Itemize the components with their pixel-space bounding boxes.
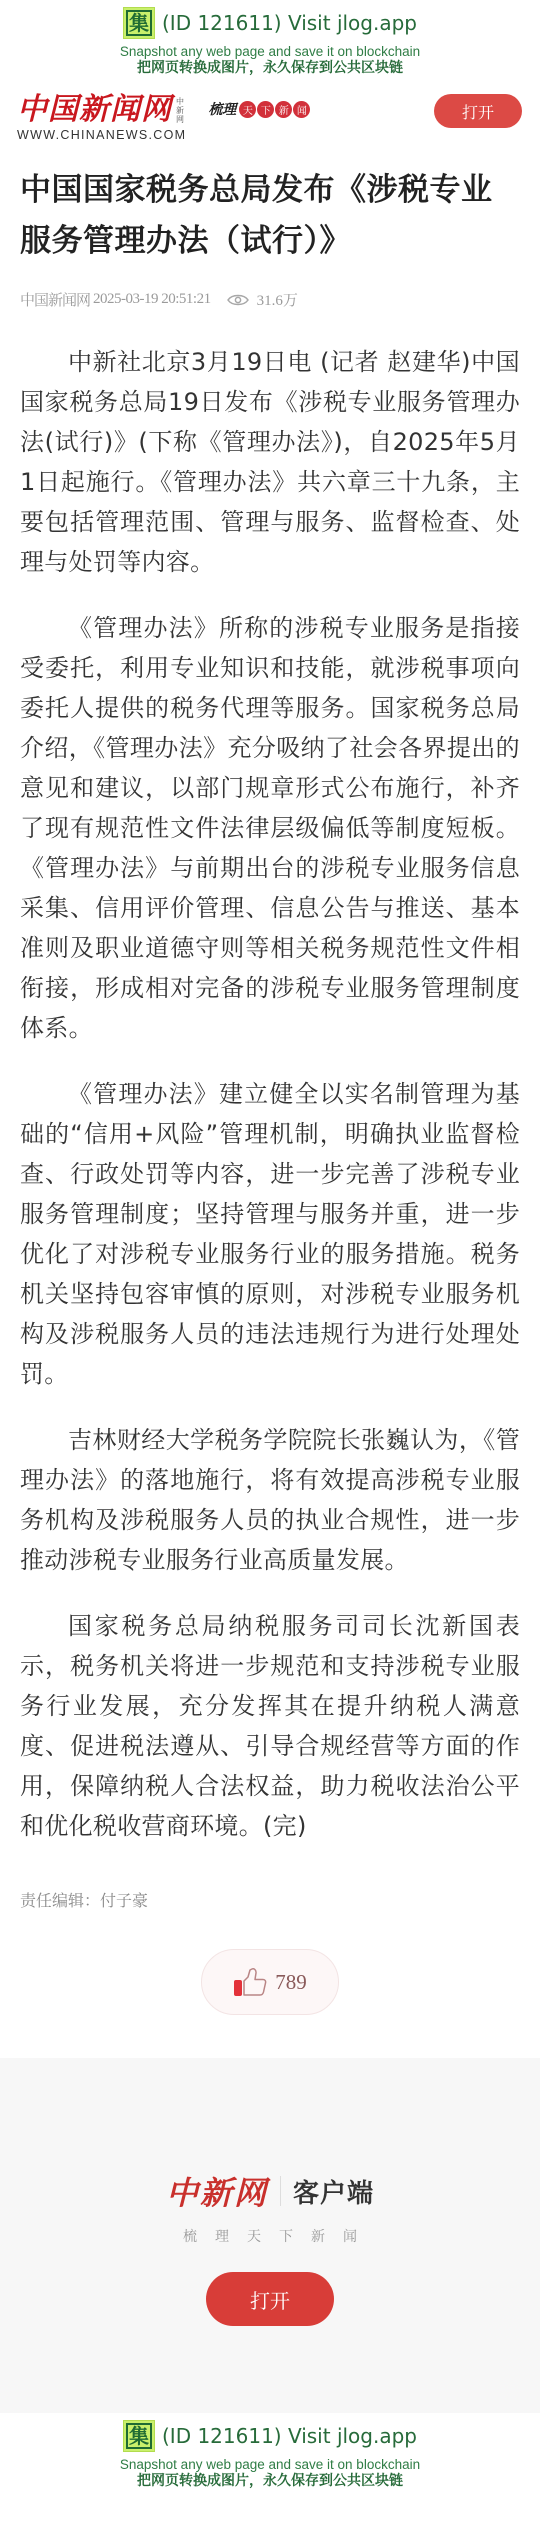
promo-slogan-char: 天 [247,2226,261,2246]
jlog-badge-char: 集 [126,10,152,36]
header-slogan: 梳理 天 下 新 闻 [208,99,310,119]
slogan-char: 天 [239,101,256,118]
article: 中国国家税务总局发布《涉税专业服务管理办法（试行）》 中国新闻网 2025-03… [0,165,540,2015]
jlog-banner-top: 集 (ID 121611) Visit jlog.app Snapshot an… [0,0,540,84]
logo-text: 中国新闻网 [17,93,172,127]
jlog-title-row: 集 (ID 121611) Visit jlog.app [0,6,540,40]
article-paragraph: 吉林财经大学税务学院院长张巍认为，《管理办法》的落地施行，将有效提高涉税专业服务… [20,1420,520,1580]
site-logo[interactable]: 中国新闻网 中新网 WWW.CHINANEWS.COM [17,93,186,142]
promo-slogan-char: 新 [311,2226,325,2246]
like-button[interactable]: 789 [201,1949,339,2015]
jlog-subtitle-cn: 把网页转换成图片，永久保存到公共区块链 [0,60,540,77]
jlog-title[interactable]: (ID 121611) Visit jlog.app [162,2424,417,2448]
eye-icon [227,293,249,307]
promo-slogan-char: 理 [215,2226,229,2246]
jlog-subtitle-en: Snapshot any web page and save it on blo… [0,44,540,60]
article-meta: 中国新闻网 2025-03-19 20:51:21 31.6万 [20,289,520,310]
promo-client-label: 客户端 [293,2173,374,2210]
open-app-button-top[interactable]: 打开 [434,94,522,128]
app-promo: 中新网 客户端 梳 理 天 下 新 闻 打开 [0,2058,540,2413]
promo-slogan-char: 闻 [343,2226,357,2246]
promo-divider [280,2176,281,2206]
jlog-badge-char: 集 [126,2423,152,2449]
article-editor: 责任编辑：付子豪 [20,1888,520,1911]
article-paragraph: 《管理办法》所称的涉税专业服务是指接受委托，利用专业知识和技能，就涉税事项向委托… [20,608,520,1048]
jlog-subtitle-en: Snapshot any web page and save it on blo… [0,2457,540,2473]
site-header: 中国新闻网 中新网 WWW.CHINANEWS.COM 梳理 天 下 新 闻 打… [0,84,540,150]
like-section: 789 [20,1949,520,2015]
slogan-char: 新 [275,101,292,118]
article-body: 中新社北京3月19日电 (记者 赵建华)中国国家税务总局19日发布《涉税专业服务… [20,342,520,1846]
promo-slogan: 梳 理 天 下 新 闻 [183,2226,357,2246]
thumbs-up-icon [233,1967,267,1997]
jlog-badge-icon: 集 [123,7,155,39]
view-count: 31.6万 [257,289,298,310]
article-title: 中国国家税务总局发布《涉税专业服务管理办法（试行）》 [20,165,520,267]
promo-brand: 中新网 客户端 [166,2168,374,2214]
jlog-title[interactable]: (ID 121611) Visit jlog.app [162,11,417,35]
article-source: 中国新闻网 [20,289,90,310]
promo-logo: 中新网 [166,2168,268,2214]
logo-vertical-text: 中新网 [176,97,186,124]
article-paragraph: 中新社北京3月19日电 (记者 赵建华)中国国家税务总局19日发布《涉税专业服务… [20,342,520,582]
jlog-subtitle-cn: 把网页转换成图片，永久保存到公共区块链 [0,2473,540,2490]
logo-url: WWW.CHINANEWS.COM [17,128,186,142]
article-datetime: 2025-03-19 20:51:21 [93,291,211,308]
jlog-banner-bottom: 集 (ID 121611) Visit jlog.app Snapshot an… [0,2413,540,2497]
article-paragraph: 《管理办法》建立健全以实名制管理为基础的“信用+风险”管理机制，明确执业监督检查… [20,1074,520,1394]
jlog-title-row: 集 (ID 121611) Visit jlog.app [0,2419,540,2453]
article-paragraph: 国家税务总局纳税服务司司长沈新国表示，税务机关将进一步规范和支持涉税专业服务行业… [20,1606,520,1846]
like-count: 789 [275,1970,307,1995]
slogan-prefix: 梳理 [208,99,236,119]
promo-slogan-char: 梳 [183,2226,197,2246]
open-app-button-bottom[interactable]: 打开 [206,2272,334,2326]
jlog-badge-icon: 集 [123,2420,155,2452]
slogan-char: 闻 [293,101,310,118]
promo-slogan-char: 下 [279,2226,293,2246]
slogan-char: 下 [257,101,274,118]
